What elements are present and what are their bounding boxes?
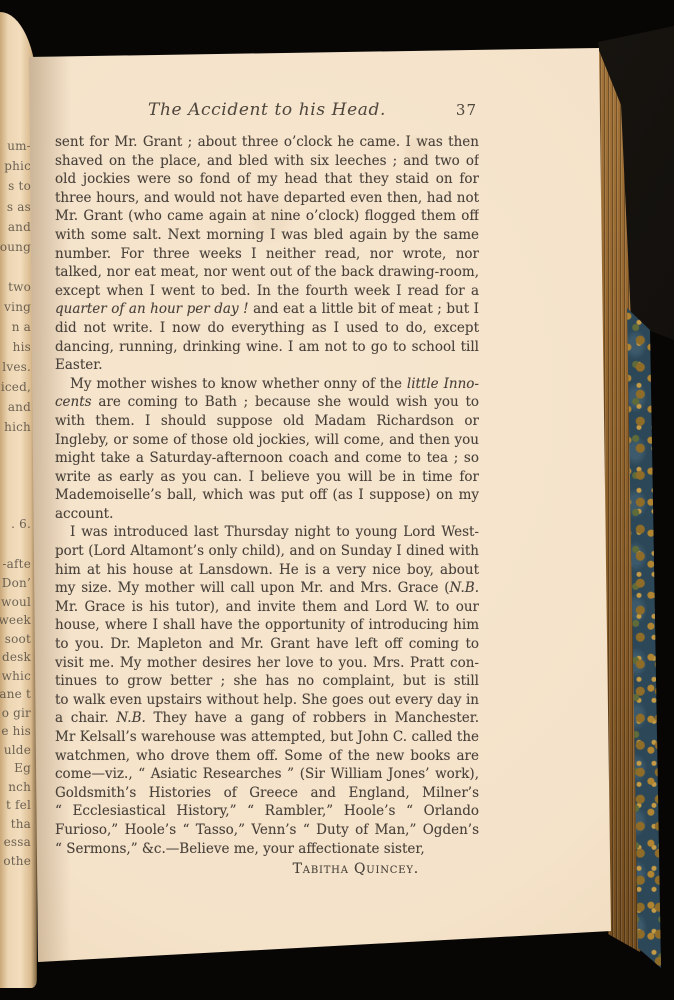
text-line: I was introduced last Thursday night to … (55, 523, 479, 542)
facing-page-text-fragment: hich (4, 421, 31, 433)
text-line: port (Lord Altamont’s only child), and o… (55, 542, 479, 561)
facing-page-text-fragment: week (0, 614, 31, 626)
text-line: visit me. My mother desires her love to … (55, 654, 479, 673)
text-line: house, where I shall have the opportunit… (55, 616, 479, 635)
text-line: Furioso,” Hoole’s “ Tasso,” Venn’s “ Dut… (55, 821, 479, 840)
text-line: Mr. Grant (who came again at nine o’cloc… (55, 207, 479, 226)
text-line: three hours, and would not have departed… (55, 189, 479, 208)
paragraph: My mother wishes to know whether onny of… (55, 375, 479, 524)
facing-page-text-fragment: whic (2, 670, 31, 682)
body-text: sent for Mr. Grant ; about three o’clock… (55, 133, 479, 879)
text-line: Goldsmith’s Histories of Greece and Engl… (55, 784, 479, 803)
facing-page-text-fragment: Don’ (2, 577, 31, 589)
text-line: Mr. Grace is his tutor), and invite them… (55, 598, 479, 617)
facing-page-text-fragment: ulde (4, 744, 31, 756)
text-line: a chair. N.B. They have a gang of robber… (55, 709, 479, 728)
facing-page-text-fragment: ane t (0, 688, 31, 700)
text-line: sent for Mr. Grant ; about three o’clock… (55, 133, 479, 152)
text-line: “ Ecclesiastical History,” “ Rambler,” H… (55, 802, 479, 821)
facing-page-text-fragment: Eg (14, 762, 31, 774)
facing-page-text-fragment: soot (5, 633, 31, 645)
paragraph: I was introduced last Thursday night to … (55, 523, 479, 858)
facing-page-text-fragment: ving (4, 301, 31, 313)
facing-page-text-fragment: n a (12, 321, 31, 333)
facing-page-text-fragment: two (8, 281, 31, 293)
text-line: My mother wishes to know whether onny of… (55, 375, 479, 394)
book-photo: um-phics tos asandoungtwovingn ahislves.… (0, 0, 674, 1000)
facing-page-text-fragment: -afte (2, 558, 31, 570)
text-line: dancing, running, drinking wine. I am no… (55, 338, 479, 357)
facing-page-text-fragment: phic (4, 160, 31, 172)
text-line: with some salt. Next morning I was bled … (55, 226, 479, 245)
text-line: Mademoiselle’s ball, which was put off (… (55, 486, 479, 505)
running-header-title: The Accident to his Head. (55, 100, 479, 120)
text-line: come—viz., “ Asiatic Researches ” (Sir W… (55, 765, 479, 784)
letter-signature: Tabitha Quincey. (55, 860, 479, 879)
text-line: might take a Saturday-afternoon coach an… (55, 449, 479, 468)
text-line: account. (55, 505, 479, 524)
facing-page-text-fragment: oung (0, 241, 31, 253)
text-line: write as early as you can. I believe you… (55, 468, 479, 487)
facing-page-text-fragment: othe (3, 855, 31, 867)
text-line: Mr Kelsall’s warehouse was attempted, bu… (55, 728, 479, 747)
facing-page-text-fragment: lves. (2, 361, 31, 373)
facing-page-text-fragment: woul (1, 596, 31, 608)
text-line: with them. I should suppose old Madam Ri… (55, 412, 479, 431)
facing-page-text-fragment: his (13, 341, 31, 353)
text-line: shaved on the place, and bled with six l… (55, 152, 479, 171)
book-page: The Accident to his Head. 37 sent for Mr… (0, 0, 674, 1000)
facing-page-text-fragment: iced, (1, 381, 31, 393)
text-line: to you. Dr. Mapleton and Mr. Grant have … (55, 635, 479, 654)
facing-page-text-fragment: um- (7, 140, 31, 152)
facing-page-text-fragment: and (8, 221, 31, 233)
facing-page-text-fragment: s as (7, 201, 31, 213)
page-header: The Accident to his Head. 37 (55, 100, 479, 126)
text-line: did not write. I now do everything as I … (55, 319, 479, 338)
text-line: Easter. (55, 356, 479, 375)
text-line: except when I went to bed. In the fourth… (55, 282, 479, 301)
facing-page-text-fragment: and (8, 401, 31, 413)
text-line: him at his house at Lansdown. He is a ve… (55, 561, 479, 580)
text-line: watchmen, who drove them off. Some of th… (55, 747, 479, 766)
paragraph: sent for Mr. Grant ; about three o’clock… (55, 133, 479, 375)
facing-page-text-fragment: tha (11, 818, 31, 830)
text-line: my size. My mother will call upon Mr. an… (55, 579, 479, 598)
facing-page-text-fragment: e his (1, 725, 31, 737)
text-line: to walk even upstairs without help. She … (55, 691, 479, 710)
facing-page-text-fragment: t fel (6, 799, 31, 811)
text-line: quarter of an hour per day ! and eat a l… (55, 300, 479, 319)
text-line: “ Sermons,” &c.—Believe me, your affecti… (55, 840, 479, 859)
facing-page-text-fragment: o gir (2, 707, 31, 719)
facing-page-text-fragment: . 6. (11, 518, 31, 530)
text-line: Ingleby, or some of those old jockies, w… (55, 431, 479, 450)
facing-page-text-fragment: nch (8, 781, 31, 793)
facing-page-text-fragment: essa (4, 836, 31, 848)
text-line: old jockies were so fond of my head that… (55, 170, 479, 189)
facing-page-text-fragment: desk (2, 651, 31, 663)
facing-page-text-fragment: s to (8, 180, 31, 192)
text-line: number. For three weeks I neither read, … (55, 245, 479, 264)
page-number: 37 (456, 101, 477, 119)
text-line: cents are coming to Bath ; because she w… (55, 393, 479, 412)
text-line: talked, nor eat meat, nor went out of th… (55, 263, 479, 282)
text-line: tinues to grow better ; she has no compl… (55, 672, 479, 691)
